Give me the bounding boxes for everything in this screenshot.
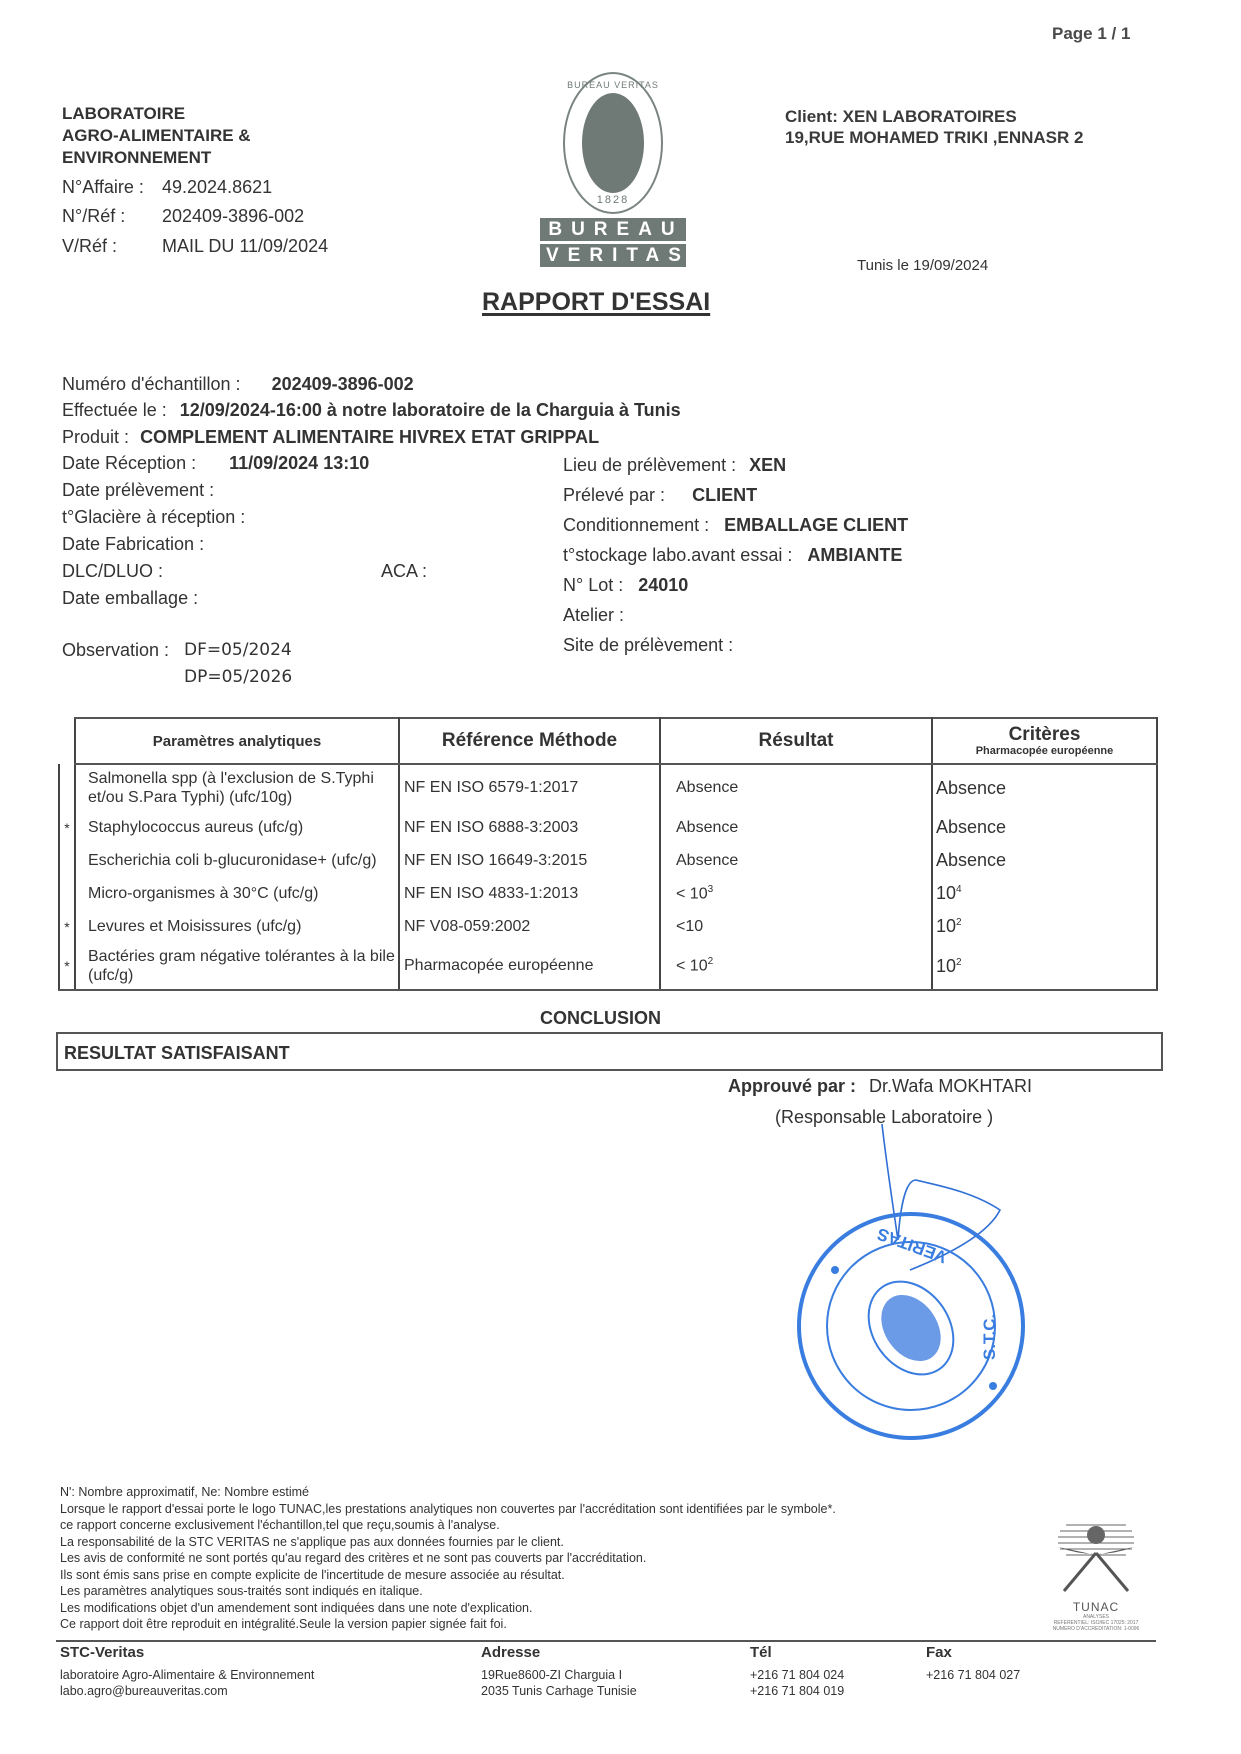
conclusion-title: CONCLUSION xyxy=(540,1008,661,1029)
accreditation-star xyxy=(59,844,75,877)
observation-label: Observation : xyxy=(62,640,169,661)
note-line: Ils sont émis sans prise en compte expli… xyxy=(60,1567,836,1584)
stockage-temp: t°stockage labo.avant essai : AMBIANTE xyxy=(563,545,902,566)
lieu-prelevement: Lieu de prélèvement : XEN xyxy=(563,455,786,476)
footer-tel: Tél +216 71 804 024 +216 71 804 019 xyxy=(750,1645,844,1699)
report-date: Tunis le 19/09/2024 xyxy=(857,257,988,274)
table-row: * Levures et Moisissures (ufc/g) NF V08-… xyxy=(59,910,1157,943)
logo-band-veritas: VERITAS xyxy=(540,244,686,267)
footer-company: STC-Veritas laboratoire Agro-Alimentaire… xyxy=(60,1645,314,1699)
report-title: RAPPORT D'ESSAI xyxy=(482,288,710,317)
logo-figure-icon xyxy=(582,93,644,193)
table-row: Escherichia coli b-glucuronidase+ (ufc/g… xyxy=(59,844,1157,877)
criteria-exponent: 2 xyxy=(956,917,962,928)
date-emballage: Date emballage : xyxy=(62,588,198,609)
ref-label: N°/Réf : xyxy=(62,206,162,227)
footer-fax: Fax +216 71 804 027 xyxy=(926,1645,1020,1683)
result-cell: < 103 xyxy=(660,877,932,910)
accreditation-star: * xyxy=(59,811,75,844)
lab-name: LABORATOIRE AGRO-ALIMENTAIRE & ENVIRONNE… xyxy=(62,103,251,169)
note-line: Ce rapport doit être reproduit en intégr… xyxy=(60,1616,836,1633)
field-label: N° Lot : xyxy=(563,575,623,595)
footer-heading: Tél xyxy=(750,1645,844,1661)
performed-on: Effectuée le : 12/09/2024-16:00 à notre … xyxy=(62,400,681,421)
client-block: Client: XEN LABORATOIRES 19,RUE MOHAMED … xyxy=(785,106,1083,148)
approved-label: Approuvé par : xyxy=(728,1076,856,1096)
svg-text:S.T.C.: S.T.C. xyxy=(980,1314,999,1360)
note-line: Lorsque le rapport d'essai porte le logo… xyxy=(60,1501,836,1518)
company-stamp-icon: VERITAS S.T.C. xyxy=(795,1210,1027,1442)
logo-band-bureau: BUREAU xyxy=(540,218,686,241)
table-row: Micro-organismes à 30°C (ufc/g) NF EN IS… xyxy=(59,877,1157,910)
header-ref: Référence Méthode xyxy=(399,718,660,764)
accreditation-star: * xyxy=(59,910,75,943)
footer-heading: Fax xyxy=(926,1645,1020,1661)
site-prelevement: Site de prélèvement : xyxy=(563,635,733,656)
header-result: Résultat xyxy=(660,718,932,764)
result-cell: <10 xyxy=(660,910,932,943)
param-cell: Escherichia coli b-glucuronidase+ (ufc/g… xyxy=(75,844,399,877)
table-row: * Bactéries gram négative tolérantes à l… xyxy=(59,943,1157,990)
aca: ACA : xyxy=(381,561,427,582)
logo-emblem-icon: BUREAU VERITAS 1828 xyxy=(563,72,663,214)
note-line: N': Nombre approximatif, Ne: Nombre esti… xyxy=(60,1484,836,1501)
criteria-base: 10 xyxy=(936,883,956,903)
tunac-logo: TUNAC ANALYSES REFERENTIEL: ISO/IEC 1702… xyxy=(1036,1505,1156,1632)
criteria-base: 10 xyxy=(936,956,956,976)
preleve-par: Prélevé par : CLIENT xyxy=(563,485,757,506)
field-value: XEN xyxy=(749,455,786,475)
ref-cell: Pharmacopée européenne xyxy=(399,943,660,990)
temp-glaciere: t°Glacière à réception : xyxy=(62,507,245,528)
date-prelevement: Date prélèvement : xyxy=(62,480,214,501)
criteria-exponent: 2 xyxy=(956,957,962,968)
param-cell: Staphylococcus aureus (ufc/g) xyxy=(75,811,399,844)
result-exponent: 2 xyxy=(708,956,714,967)
date-fabrication: Date Fabrication : xyxy=(62,534,204,555)
field-value: 11/09/2024 13:10 xyxy=(229,453,369,473)
field-label: Lieu de prélèvement : xyxy=(563,455,736,475)
footer-line: +216 71 804 019 xyxy=(750,1683,844,1699)
field-value: 202409-3896-002 xyxy=(272,374,414,394)
conditionnement: Conditionnement : EMBALLAGE CLIENT xyxy=(563,515,908,536)
accreditation-star: * xyxy=(59,943,75,990)
criteria-title: Critères xyxy=(1009,724,1081,745)
field-value: 12/09/2024-16:00 à notre laboratoire de … xyxy=(180,400,681,420)
note-line: La responsabilité de la STC VERITAS ne s… xyxy=(60,1534,836,1551)
page-number: Page 1 / 1 xyxy=(1052,24,1130,44)
ref-value: 202409-3896-002 xyxy=(162,206,304,226)
table-header-row: Paramètres analytiques Référence Méthode… xyxy=(59,718,1157,764)
ref-label: V/Réf : xyxy=(62,236,162,257)
date-reception: Date Réception : 11/09/2024 13:10 xyxy=(62,453,369,474)
observation-df: DF=05/2024 xyxy=(184,640,292,660)
field-value: AMBIANTE xyxy=(807,545,902,565)
header-param: Paramètres analytiques xyxy=(75,718,399,764)
criteria-cell: Absence xyxy=(932,844,1157,877)
ref-cell: NF EN ISO 6888-3:2003 xyxy=(399,811,660,844)
header-criteria: Critères Pharmacopée européenne xyxy=(932,718,1157,764)
note-line: Les paramètres analytiques sous-traités … xyxy=(60,1583,836,1600)
criteria-exponent: 4 xyxy=(956,884,962,895)
note-line: Les modifications objet d'un amendement … xyxy=(60,1600,836,1617)
observation-dp: DP=05/2026 xyxy=(184,667,292,687)
ref-nref: N°/Réf :202409-3896-002 xyxy=(62,206,304,227)
footer-line: 2035 Tunis Carhage Tunisie xyxy=(481,1683,637,1699)
criteria-base: 10 xyxy=(936,916,956,936)
param-cell: Levures et Moisissures (ufc/g) xyxy=(75,910,399,943)
field-value: 24010 xyxy=(638,575,688,595)
field-label: Conditionnement : xyxy=(563,515,709,535)
field-label: Effectuée le : xyxy=(62,400,167,420)
logo-ring-text: BUREAU VERITAS xyxy=(565,80,661,90)
criteria-cell: 102 xyxy=(932,943,1157,990)
criteria-cell: 104 xyxy=(932,877,1157,910)
lab-name-line: AGRO-ALIMENTAIRE & xyxy=(62,125,251,147)
svg-text:VERITAS: VERITAS xyxy=(875,1224,950,1267)
result-base: < 10 xyxy=(676,885,708,902)
conclusion-box: RESULTAT SATISFAISANT xyxy=(56,1032,1163,1071)
criteria-cell: Absence xyxy=(932,764,1157,811)
result-cell: Absence xyxy=(660,811,932,844)
footer-heading: Adresse xyxy=(481,1645,637,1661)
param-cell: Micro-organismes à 30°C (ufc/g) xyxy=(75,877,399,910)
result-cell: Absence xyxy=(660,844,932,877)
approved-by: Approuvé par : Dr.Wafa MOKHTARI xyxy=(728,1076,1032,1097)
footer-line: laboratoire Agro-Alimentaire & Environne… xyxy=(60,1667,314,1683)
logo-year: 1828 xyxy=(565,194,661,206)
bureau-veritas-logo: BUREAU VERITAS 1828 BUREAU VERITAS xyxy=(540,72,686,267)
footer-heading: STC-Veritas xyxy=(60,1645,314,1661)
field-value: CLIENT xyxy=(692,485,757,505)
result-cell: Absence xyxy=(660,764,932,811)
client-address: 19,RUE MOHAMED TRIKI ,ENNASR 2 xyxy=(785,127,1083,148)
legal-notes: N': Nombre approximatif, Ne: Nombre esti… xyxy=(60,1484,836,1633)
table-row: Salmonella spp (à l'exclusion de S.Typhi… xyxy=(59,764,1157,811)
product: Produit : COMPLEMENT ALIMENTAIRE HIVREX … xyxy=(62,427,599,448)
ref-value: 49.2024.8621 xyxy=(162,177,272,197)
result-base: < 10 xyxy=(676,958,708,975)
dlc-dluo: DLC/DLUO : xyxy=(62,561,163,582)
ref-label: N°Affaire : xyxy=(62,177,162,198)
ref-cell: NF V08-059:2002 xyxy=(399,910,660,943)
footer-line: +216 71 804 024 xyxy=(750,1667,844,1683)
lab-name-line: ENVIRONNEMENT xyxy=(62,147,251,169)
sample-number: Numéro d'échantillon : 202409-3896-002 xyxy=(62,374,414,395)
ref-value: MAIL DU 11/09/2024 xyxy=(162,236,328,256)
tunac-name: TUNAC xyxy=(1036,1600,1156,1614)
note-line: Les avis de conformité ne sont portés qu… xyxy=(60,1550,836,1567)
field-label: Date Réception : xyxy=(62,453,196,473)
ref-cell: NF EN ISO 16649-3:2015 xyxy=(399,844,660,877)
lot-number: N° Lot : 24010 xyxy=(563,575,688,596)
conclusion-text: RESULTAT SATISFAISANT xyxy=(64,1043,290,1064)
field-label: t°stockage labo.avant essai : xyxy=(563,545,792,565)
note-line: ce rapport concerne exclusivement l'écha… xyxy=(60,1517,836,1534)
header-blank xyxy=(59,718,75,764)
table-row: * Staphylococcus aureus (ufc/g) NF EN IS… xyxy=(59,811,1157,844)
field-value: COMPLEMENT ALIMENTAIRE HIVREX ETAT GRIPP… xyxy=(140,427,599,447)
field-value: EMBALLAGE CLIENT xyxy=(724,515,908,535)
client-name: Client: XEN LABORATOIRES xyxy=(785,106,1083,127)
ref-cell: NF EN ISO 4833-1:2013 xyxy=(399,877,660,910)
criteria-cell: 102 xyxy=(932,910,1157,943)
criteria-cell: Absence xyxy=(932,811,1157,844)
accreditation-star xyxy=(59,877,75,910)
field-label: Numéro d'échantillon : xyxy=(62,374,241,394)
footer-address: Adresse 19Rue8600-ZI Charguia I 2035 Tun… xyxy=(481,1645,637,1699)
field-label: Produit : xyxy=(62,427,129,447)
result-cell: < 102 xyxy=(660,943,932,990)
footer-divider xyxy=(56,1640,1156,1642)
field-label: Prélevé par : xyxy=(563,485,665,505)
criteria-subtitle: Pharmacopée européenne xyxy=(933,745,1156,757)
approver-name: Dr.Wafa MOKHTARI xyxy=(869,1076,1032,1096)
footer-email-link[interactable]: labo.agro@bureauveritas.com xyxy=(60,1683,314,1699)
results-table: Paramètres analytiques Référence Méthode… xyxy=(58,717,1158,991)
param-cell: Bactéries gram négative tolérantes à la … xyxy=(75,943,399,990)
accreditation-star xyxy=(59,764,75,811)
lab-name-line: LABORATOIRE xyxy=(62,103,251,125)
result-exponent: 3 xyxy=(708,884,714,895)
param-cell: Salmonella spp (à l'exclusion de S.Typhi… xyxy=(75,764,399,811)
footer-line: 19Rue8600-ZI Charguia I xyxy=(481,1667,637,1683)
ref-vref: V/Réf :MAIL DU 11/09/2024 xyxy=(62,236,328,257)
tunac-emblem-icon xyxy=(1036,1505,1156,1595)
atelier: Atelier : xyxy=(563,605,624,626)
tunac-line: NUMERO D'ACCREDITATION: 1-0096 xyxy=(1036,1626,1156,1632)
ref-cell: NF EN ISO 6579-1:2017 xyxy=(399,764,660,811)
ref-affaire: N°Affaire :49.2024.8621 xyxy=(62,177,272,198)
footer-line: +216 71 804 027 xyxy=(926,1667,1020,1683)
